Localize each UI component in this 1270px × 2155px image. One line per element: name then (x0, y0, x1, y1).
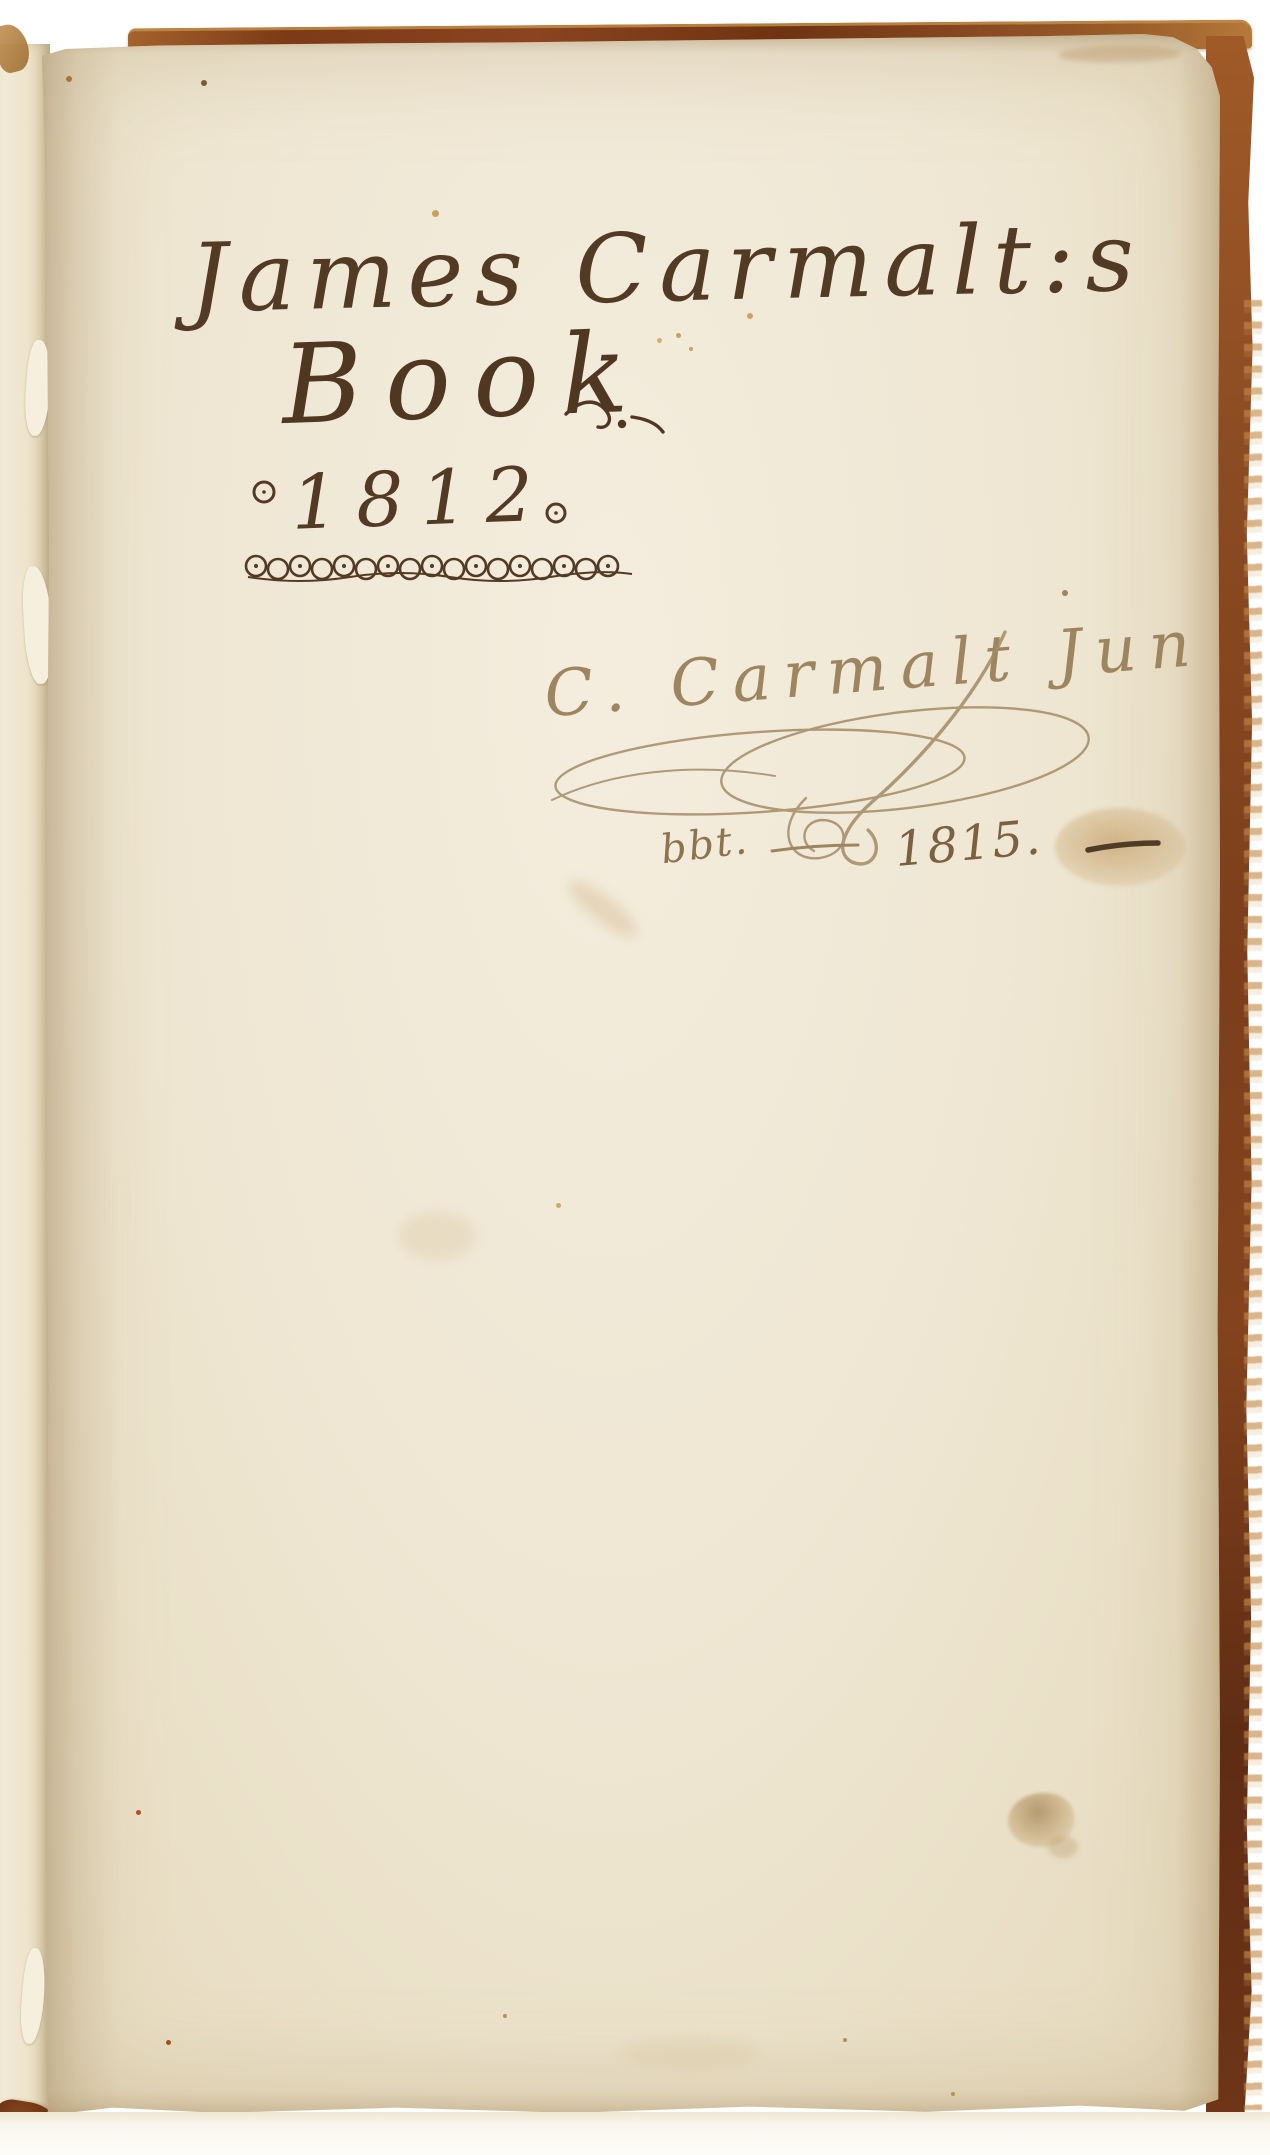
fox-spot (676, 333, 681, 338)
fox-spot (657, 338, 662, 343)
fox-spot (166, 2040, 171, 2045)
fox-spot (201, 80, 207, 86)
smudge (620, 2040, 760, 2070)
page-bottom-edges (0, 2112, 1270, 2155)
fox-spot (556, 1203, 561, 1208)
fox-spot (689, 347, 693, 351)
fox-spot (503, 2014, 507, 2018)
leather-fringe (1244, 300, 1262, 2110)
fox-spot (66, 76, 72, 82)
fox-spot (747, 313, 753, 319)
fox-spot (432, 210, 439, 217)
fox-spot (136, 1810, 141, 1815)
stain-round (1048, 1836, 1078, 1858)
smudge (398, 1212, 476, 1260)
fox-spot (951, 2092, 955, 2096)
fox-spot (843, 2038, 847, 2042)
stain-blot (1055, 808, 1185, 886)
book-photo: James Carmalt:s Book 1812 (0, 0, 1270, 2155)
